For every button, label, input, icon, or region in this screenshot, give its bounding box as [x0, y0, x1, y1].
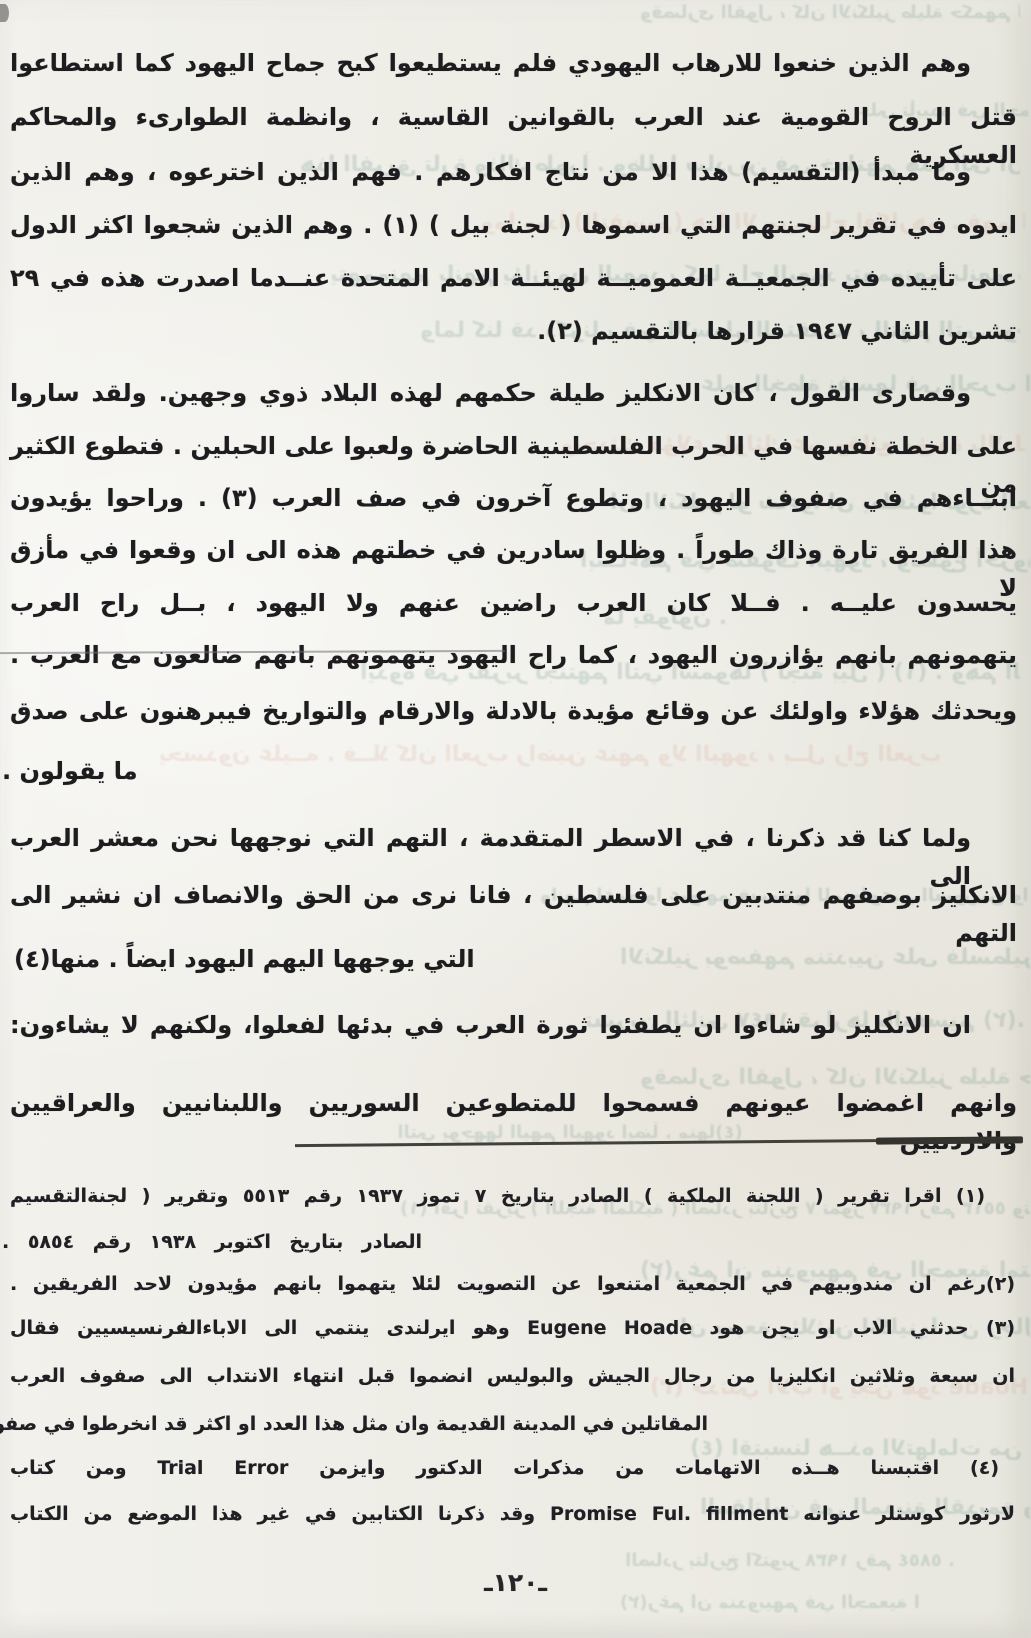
footnote-line: الصادر بتاريخ اكتوبر ١٩٣٨ رقم ٥٨٥٤ . [2, 1227, 422, 1257]
body-line: وقصارى القول ، كان الانكليز طيلة حكمهم ل… [10, 374, 1017, 412]
body-line: وما مبدأ (التقسيم) هذا الا من نتاج افكار… [10, 153, 1017, 191]
body-line: يحسدون عليــه . فــلا كان العرب راضين عن… [10, 584, 1017, 622]
body-line: ايدوه في تقرير لجنتهم التي اسموها ( لجنة… [10, 206, 1017, 244]
scan-smudge [0, 4, 9, 22]
footnote-line: المقاتلين في المدينة القديمة وان مثل هذا… [28, 1409, 708, 1439]
footnote-line: (٤) اقتبسنا هــذه الاتهامات من مذكرات ال… [10, 1453, 1015, 1483]
body-line: وهم الذين خنعوا للارهاب اليهودي فلم يستط… [10, 44, 1017, 82]
body-line: ويحدثك هؤلاء واولئك عن وقائع مؤيدة بالاد… [10, 692, 1017, 730]
body-line: ما يقولون . [2, 752, 282, 790]
page-number: ـ١٢٠ـ [0, 1568, 1031, 1597]
footnote-line: ان سبعة وثلاثين انكليزيا من رجال الجيش و… [10, 1361, 1015, 1391]
body-line: ان الانكليز لو شاءوا ان يطفئوا ثورة العر… [10, 1006, 1017, 1044]
footnote-line: (١) اقرا تقرير ( اللجنة الملكية ) الصادر… [10, 1181, 1015, 1211]
footnote-line: لارثور كوستلر عنوانه Promise Ful. fillme… [10, 1499, 1015, 1529]
body-line: التي يوجهها اليهم اليهود ايضاً . منها(٤) [14, 940, 494, 978]
footnote-line: (٣) حدثني الاب او يجن هود Eugene Hoade و… [10, 1313, 1015, 1343]
footnote-separator-thick [876, 1136, 1023, 1144]
book-page: وقصارى القول ، كان الانكليز طيلة حكمهم ل… [0, 0, 1031, 1638]
body-line: ابنــاءهم في صفوف اليهود ، وتطوع آخرون ف… [10, 479, 1017, 517]
body-line: تشرين الثاني ١٩٤٧ قرارها بالتقسيم (٢). [10, 312, 1017, 350]
body-line: وانهم اغمضوا عيونهم فسمحوا للمتطوعين الس… [10, 1084, 1017, 1160]
body-line: على تأييده في الجمعيــة العموميــة لهيئـ… [10, 259, 1017, 297]
body-line: يتهمونهم بانهم يؤازرون اليهود ، كما راح … [10, 636, 1017, 674]
footnote-line: (٢)رغم ان مندوبيهم في الجمعية امتنعوا عن… [10, 1269, 1015, 1299]
bleed-text: وقصارى القول ، كان الانكليز طيلة حكمهم ل… [640, 2, 1020, 28]
